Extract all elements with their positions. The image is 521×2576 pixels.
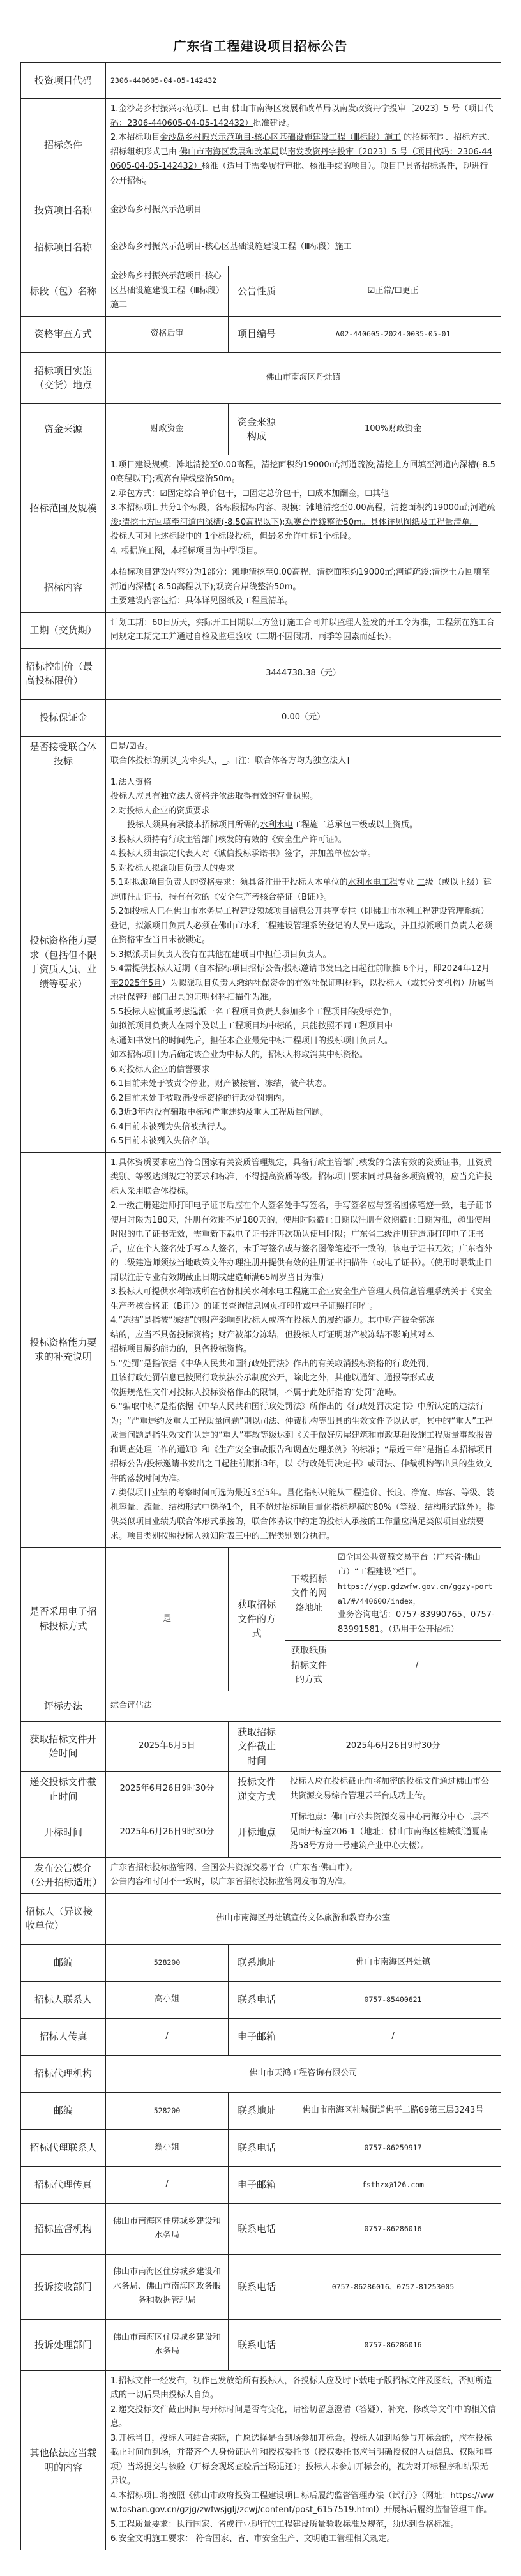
media-line-2: 公告内容和时间不一致时，以广东省招标投标监管网发布的为准。 [110, 1875, 496, 1890]
approving-authority: 佛山市南海区发展和改革局 [232, 104, 331, 114]
row-supervisor: 招标监督机构 佛山市南海区住房城乡建设和水务局 联系电话 0757-862860… [21, 2203, 501, 2254]
value-supplement: 1.具体资质要求应当符合国家有关资质管理规定，具备行政主管部门核发的合法有效的资… [106, 1152, 501, 1548]
value-agency-postcode: 528200 [106, 2092, 229, 2129]
text: 3.本招标项目共分1个标段，各标段招标内容、规模： [110, 503, 306, 513]
label-scope: 招标范围及规模 [21, 455, 106, 562]
label-opening-time: 开标时间 [21, 1807, 106, 1858]
value-qualification: 资格后审 [106, 316, 229, 352]
supplement-paragraph: 2.一级注册建造师打印电子证书后应在个人签名处手写签名，手写签名应与签名图像笔迹… [110, 1199, 496, 1285]
row-conditions: 招标条件 1.金沙岛乡村振兴示范项目 已由 佛山市南海区发展和改革局以南发改资丹… [21, 99, 501, 192]
value-funding: 财政资金 [106, 403, 229, 455]
label-agency-contact: 招标代理联系人 [21, 2129, 106, 2166]
row-obtain-time: 获取招标文件开始时间 2025年6月5日 获取招标文件截止时间 2025年6月2… [21, 1721, 501, 1772]
label-evaluation: 评标办法 [21, 1691, 106, 1721]
text: 已由 [209, 104, 231, 114]
value-investment-code: 2306-440605-04-05-142432 [106, 63, 501, 99]
req-line: 2.对投标人企业的资质要求 [110, 804, 496, 819]
label-paper-method: 获取纸质招标文件的方式 [285, 1641, 333, 1691]
supplement-paragraph: 4.“冻结”是指被“冻结”的财产影响到投标人或潜在投标人的履约能力。其中财产被全… [110, 1314, 496, 1357]
value-agency-fax: / [106, 2166, 229, 2203]
other-paragraph: 4.本招标项目将按照《佛山市政府投资工程建设项目标后履约监督管理办法（试行）》（… [110, 2489, 496, 2518]
row-requirements: 投标资格能力要求（包括但不限于资质人员、业绩等要求） 1.法人资格 投标人应具有… [21, 772, 501, 1152]
label-agency-email: 电子邮箱 [229, 2166, 285, 2203]
req-line: 5.3拟派项目负责人没有在其他在建项目中担任项目负责人。 [110, 948, 496, 963]
label-contact: 招标人联系人 [21, 1981, 106, 2018]
value-complaint-receive: 佛山市南海区住房城乡建设和水务局、佛山市南海区政务服务和数据管理局 [106, 2254, 229, 2319]
label-notice-nature: 公告性质 [229, 266, 285, 317]
req-line: 1.法人资格 [110, 776, 496, 790]
label-submit-method: 投标文件递交方式 [229, 1772, 285, 1807]
req-line: 6.1目前未处于被责令停业，财产被接管、冻结，破产状态。 [110, 1077, 496, 1092]
row-tenderer-postcode: 邮编 528200 联系地址 佛山市南海区丹灶镇 [21, 1944, 501, 1981]
row-complaint-receive: 投诉接收部门 佛山市南海区住房城乡建设和水务局、佛山市南海区政务服务和数据管理局… [21, 2254, 501, 2319]
text: 5.1对拟派项目负责人的资格要求：须具备注册于投标人本单位的 [110, 878, 348, 887]
label-agency-postcode: 邮编 [21, 2092, 106, 2129]
value-requirements: 1.法人资格 投标人应具有独立法人资格并依法取得有效的营业执照。 2.对投标人企… [106, 772, 501, 1152]
supplement-paragraph: 1.具体资质要求应当符合国家有关资质管理规定，具备行政主管部门核发的合法有效的资… [110, 1156, 496, 1200]
label-obtain-start: 获取招标文件开始时间 [21, 1721, 106, 1772]
text: 专业 [398, 878, 417, 887]
label-address: 联系地址 [229, 1944, 285, 1981]
value-project-number: A02-440605-2024-0035-05-01 [285, 316, 501, 352]
req-qualification: 投标人须具有承接本招标项目所需的水利水电工程施工总承包三级或以上资质。 [110, 818, 496, 833]
value-section: 金沙岛乡村振兴示范项目-核心区基础设施建设工程（Ⅲ标段）施工 [106, 266, 229, 317]
label-agency-address: 联系地址 [229, 2092, 285, 2129]
row-agency-fax: 招标代理传真 / 电子邮箱 fsthzx@126.com [21, 2166, 501, 2203]
scope-line-2: 2.承包方式：☑固定综合单价包干，☐固定总价包干，☐成本加酬金，☐其他 [110, 487, 496, 502]
row-electronic: 是否采用电子招标投标方式 是 获取招标文件的方式 下载招标文件的网络地址 ☑全国… [21, 1548, 501, 1641]
project-name-underlined: 金沙岛乡村振兴示范项目 [118, 104, 209, 114]
label-media: 发布公告媒介（公开招标适用） [21, 1857, 106, 1893]
text: 日历天，实际开工日期以三方签订施工合同并以监理人签发的开工令为准，工程须在施工合… [110, 618, 495, 642]
value-address: 佛山市南海区丹灶镇 [285, 1944, 501, 1981]
row-opening: 开标时间 2025年6月26日9时30分 开标地点 开标地点：佛山市公共资源交易… [21, 1807, 501, 1858]
text: 以 [331, 104, 340, 114]
text: 1. [110, 104, 118, 114]
value-phone: 0757-85400621 [285, 1981, 501, 2018]
value-download-address: ☑全国公共资源交易平台（广东省·佛山市）“工程建设”栏目。 https://yg… [333, 1548, 501, 1641]
value-agency-contact: 翁小姐 [106, 2129, 229, 2166]
duration-days: 60 [152, 618, 163, 628]
value-supervisor: 佛山市南海区住房城乡建设和水务局 [106, 2203, 229, 2254]
label-duration: 工期（交货期） [21, 612, 106, 648]
supplement-paragraph: 6.“骗取中标”是指依据《中华人民共和国行政处罚法》所作出的《行政处罚决定书》中… [110, 1400, 496, 1486]
label-complaint-handle: 投诉处理部门 [21, 2319, 106, 2370]
download-phone: 业务咨询电话：0757-83990765、0757-83991581。（适用于公… [338, 1608, 496, 1637]
value-funding-composition: 100%财政资金 [285, 403, 501, 455]
label-supplement: 投标资格能力要求的补充说明 [21, 1152, 106, 1548]
text: ）为拟派项目负责人缴纳社保资金的有效社保证明材料，以投标人（或其分支机构）所属当… [110, 979, 494, 1003]
row-funding: 资金来源 财政资金 资金来源构成 100%财政资金 [21, 403, 501, 455]
tender-name-underlined: 金沙岛乡村振兴示范项目-核心区基础设施建设工程（Ⅲ标段）施工 [160, 133, 401, 142]
text: 计划工期： [110, 618, 152, 628]
label-funding: 资金来源 [21, 403, 106, 455]
label-investment-code: 投资项目代码 [21, 63, 106, 99]
value-postcode: 528200 [106, 1944, 229, 1981]
top-divider [0, 0, 521, 11]
grade: 二 [417, 878, 425, 887]
value-evaluation: 综合评估法 [106, 1691, 501, 1721]
req-line: 6.5目前未被列入失信名单。 [110, 1134, 496, 1149]
label-agency-phone: 联系电话 [229, 2129, 285, 2166]
row-bid-bond: 投标保证金 0.00（元） [21, 699, 501, 736]
condition-line-2: 2.本招标项目金沙岛乡村振兴示范项目-核心区基础设施建设工程（Ⅲ标段）施工 的招… [110, 131, 496, 188]
value-obtain-start: 2025年6月5日 [106, 1721, 229, 1772]
value-tender-name: 金沙岛乡村振兴示范项目-核心区基础设施建设工程（Ⅲ标段）施工 [106, 229, 501, 266]
tender-notice-table: 投资项目代码 2306-440605-04-05-142432 招标条件 1.金… [20, 62, 501, 2550]
label-supervisor-phone: 联系电话 [229, 2203, 285, 2254]
row-agency-postcode: 邮编 528200 联系地址 佛山市南海区桂城街道佛平二路69第三层3243号 [21, 2092, 501, 2129]
value-agency-email-link[interactable]: fsthzx@126.com [285, 2166, 501, 2203]
label-qualification: 资格审查方式 [21, 316, 106, 352]
other-paragraph: 5.工程质量要求：执行国家、省或行业现行的工程建设质量验收标准及规范，须达到合格… [110, 2518, 496, 2533]
bottom-spacer [0, 2550, 521, 2576]
scope-line-4: 投标人可对上述标段中的 1个标段投标，但最多允许中标1个标段。 [110, 530, 496, 545]
other-paragraph: 6.安全文明施工要求： 符合国家、省、市安全生产、文明施工管理相关规定。 [110, 2532, 496, 2547]
scope-line-3: 3.本招标项目共分1个标段，各标段招标内容、规模：滩地清挖至0.00高程，清挖面… [110, 501, 496, 530]
row-investment-name: 投资项目名称 金沙岛乡村振兴示范项目 [21, 192, 501, 229]
supplement-paragraph: 3.投标人可提供水利部或所在省份相关水利水电工程施工企业安全生产管理人员信息管理… [110, 1285, 496, 1314]
label-complaint-receive-phone: 联系电话 [229, 2254, 285, 2319]
value-opening-time: 2025年6月26日9时30分 [106, 1807, 229, 1858]
value-scope: 1.项目建设规模：滩地清挖至0.00高程，清挖面积约19000㎡;河道疏浚;清挖… [106, 455, 501, 562]
label-supervisor: 招标监督机构 [21, 2203, 106, 2254]
label-project-number: 项目编号 [229, 316, 285, 352]
label-submit-deadline: 递交投标文件截止时间 [21, 1772, 106, 1807]
scope-line-5: 4. 根据施工图，本招标项目为中型项目。 [110, 545, 496, 559]
value-complaint-handle-phone: 0757-86286016 [285, 2319, 501, 2370]
value-submit-method: 投标人应在投标截止前将加密的投标文件通过佛山市公共资源交易综合管理云平台成功上传… [285, 1772, 501, 1807]
row-other: 其他依法应当载明的内容 1.招标文件一经发布，视作已发放给所有投标人，各投标人应… [21, 2370, 501, 2550]
download-url-link[interactable]: https://ygp.gdzwfw.gov.cn/ggzy-portal/#/… [338, 1579, 496, 1608]
label-phone: 联系电话 [229, 1981, 285, 2018]
row-location: 招标项目实施（交货）地点 佛山市南海区丹灶镇 [21, 352, 501, 403]
value-electronic: 是 [106, 1548, 229, 1691]
row-complaint-handle: 投诉处理部门 佛山市南海区住房城乡建设和水务局 联系电话 0757-862860… [21, 2319, 501, 2370]
value-agency-address: 佛山市南海区桂城街道佛平二路69第三层3243号 [285, 2092, 501, 2129]
req-5-4: 5.4需提供投标人近期（自本招标项目招标公告/投标邀请书发出之日起往前顺推 6个… [110, 962, 496, 1006]
value-notice-nature: ☑正常/☐更正 [285, 266, 501, 317]
consortium-note: 联合体投标的须以_为牵头人，_。[注：联合体各方均为独立法人] [110, 754, 496, 769]
scope-line-1: 1.项目建设规模：滩地清挖至0.00高程，清挖面积约19000㎡;河道疏浚;清挖… [110, 458, 496, 487]
req-line: 6.对投标人企业的信誉要求 [110, 1063, 496, 1078]
value-conditions: 1.金沙岛乡村振兴示范项目 已由 佛山市南海区发展和改革局以南发改资丹字投审〔2… [106, 99, 501, 192]
value-media: 广东省招标投标监管网、全国公共资源交易平台（广东省·佛山市）。 公告内容和时间不… [106, 1857, 501, 1893]
value-consortium: ☐是/☑否。 联合体投标的须以_为牵头人，_。[注：联合体各方均为独立法人] [106, 736, 501, 772]
text: 5.4需提供投标人近期（自本招标项目招标公告/投标邀请书发出之日起往前顺推 [110, 964, 403, 974]
value-investment-name: 金沙岛乡村振兴示范项目 [106, 192, 501, 229]
value-duration: 计划工期：60日历天，实际开工日期以三方签订施工合同并以监理人签发的开工令为准，… [106, 612, 501, 648]
other-paragraph: 2.递交投标文件截止时间与开标时间是否有变化，请密切留意澄清（答疑）、补充、修改… [110, 2403, 496, 2432]
text: 个月，即 [408, 964, 441, 974]
label-consortium: 是否接受联合体投标 [21, 736, 106, 772]
row-agency: 招标代理机构 佛山市天鸿工程咨询有限公司 [21, 2055, 501, 2092]
row-qualification: 资格审查方式 资格后审 项目编号 A02-440605-2024-0035-05… [21, 316, 501, 352]
row-content: 招标内容 本招标项目建设内容分为1部分：滩地清挖至0.00高程，清挖面积约190… [21, 562, 501, 613]
req-line: 5.2如投标人已在佛山市水务局工程建设领域项目信息公开共享专栏（即佛山市水利工程… [110, 905, 496, 948]
row-submit: 递交投标文件截止时间 2025年6月26日9时30分 投标文件递交方式 投标人应… [21, 1772, 501, 1807]
label-complaint-receive: 投诉接收部门 [21, 2254, 106, 2319]
req-line: 6.3近3年内没有骗取中标和严重违约及重大工程质量问题。 [110, 1106, 496, 1120]
value-fax: / [106, 2018, 229, 2055]
label-fax: 招标人传真 [21, 2018, 106, 2055]
supplement-paragraph: 7.类似项目业绩的考察时间可选为最近3至5年。量化指标只能从工程造价、长度、净宽… [110, 1486, 496, 1544]
req-line: 4.投标人须由法定代表人对《诚信投标承诺书》签字，并加盖单位公章。 [110, 847, 496, 862]
condition-line-1: 1.金沙岛乡村振兴示范项目 已由 佛山市南海区发展和改革局以南发改资丹字投审〔2… [110, 102, 496, 131]
content-line-2: 主要建设内容包括：具体详见图纸及工程量清单。 [110, 594, 496, 609]
value-submit-deadline: 2025年6月26日9时30分 [106, 1772, 229, 1807]
label-agency: 招标代理机构 [21, 2055, 106, 2092]
req-line: 3.投标人须持有行政主管部门核发的有效的《安全生产许可证》。 [110, 833, 496, 848]
req-line: 投标人应具有独立法人资格并依法取得有效的营业执照。 [110, 790, 496, 804]
value-other: 1.招标文件一经发布，视作已发放给所有投标人，各投标人应及时下载电子版招标文件及… [106, 2370, 501, 2550]
supplement-paragraph: 5.“处罚”是指依据《中华人民共和国行政处罚法》作出的有关取消投标资格的行政处罚… [110, 1357, 496, 1401]
label-opening-place: 开标地点 [229, 1807, 285, 1858]
label-control-price: 招标控制价（最高投标限价） [21, 648, 106, 699]
approving-authority: 佛山市南海区发展和改革局 [179, 147, 279, 157]
label-investment-name: 投资项目名称 [21, 192, 106, 229]
label-section: 标段（包）名称 [21, 266, 106, 317]
value-location: 佛山市南海区丹灶镇 [106, 352, 501, 403]
text: 2.本招标项目 [110, 133, 160, 142]
label-obtain-method: 获取招标文件的方式 [229, 1548, 285, 1691]
label-bid-bond: 投标保证金 [21, 699, 106, 736]
value-paper-method: / [333, 1641, 501, 1691]
value-obtain-end: 2025年6月26日9时30分 [285, 1721, 501, 1772]
row-investment-code: 投资项目代码 2306-440605-04-05-142432 [21, 63, 501, 99]
row-evaluation: 评标办法 综合评估法 [21, 1691, 501, 1721]
label-content: 招标内容 [21, 562, 106, 613]
text: 工程施工总承包三级或以上资质。 [293, 820, 418, 830]
label-obtain-end: 获取招标文件截止时间 [229, 1721, 285, 1772]
req-line: 6.2目前未处于被取消投标资格的行政处罚期内。 [110, 1092, 496, 1106]
other-paragraph: 1.招标文件一经发布，视作已发放给所有投标人，各投标人应及时下载电子版招标文件及… [110, 2374, 496, 2403]
media-line-1: 广东省招标投标监管网、全国公共资源交易平台（广东省·佛山市）。 [110, 1861, 496, 1876]
content-line-1: 本招标项目建设内容分为1部分：滩地清挖至0.00高程，清挖面积约19000㎡;河… [110, 566, 496, 594]
page-title: 广东省工程建设项目招标公告 [0, 36, 521, 54]
row-agency-contact: 招标代理联系人 翁小姐 联系电话 0757-86259917 [21, 2129, 501, 2166]
row-control-price: 招标控制价（最高投标限价） 3444738.38（元） [21, 648, 501, 699]
label-tender-name: 招标项目名称 [21, 229, 106, 266]
label-requirements: 投标资格能力要求（包括但不限于资质人员、业绩等要求） [21, 772, 106, 1152]
label-electronic: 是否采用电子招标投标方式 [21, 1548, 106, 1691]
value-contact: 高小姐 [106, 1981, 229, 2018]
row-tenderer-fax: 招标人传真 / 电子邮箱 / [21, 2018, 501, 2055]
label-email: 电子邮箱 [229, 2018, 285, 2055]
value-control-price: 3444738.38（元） [106, 648, 501, 699]
label-complaint-handle-phone: 联系电话 [229, 2319, 285, 2370]
value-opening-place: 开标地点：佛山市公共资源交易中心南海分中心二层不见面开标室206-1（地址：佛山… [285, 1807, 501, 1858]
download-platform: ☑全国公共资源交易平台（广东省·佛山市）“工程建设”栏目。 [338, 1551, 496, 1579]
value-supervisor-phone: 0757-86286016 [285, 2203, 501, 2254]
row-section: 标段（包）名称 金沙岛乡村振兴示范项目-核心区基础设施建设工程（Ⅲ标段）施工 公… [21, 266, 501, 317]
row-supplement: 投标资格能力要求的补充说明 1.具体资质要求应当符合国家有关资质管理规定，具备行… [21, 1152, 501, 1548]
text: 批准建设。 [253, 119, 294, 128]
qualification-type: 水利水电 [260, 820, 293, 830]
row-tenderer-contact: 招标人联系人 高小姐 联系电话 0757-85400621 [21, 1981, 501, 2018]
value-bid-bond: 0.00（元） [106, 699, 501, 736]
value-tenderer: 佛山市南海区丹灶镇宣传文体旅游和教育办公室 [106, 1893, 501, 1944]
row-duration: 工期（交货期） 计划工期：60日历天，实际开工日期以三方签订施工合同并以监理人签… [21, 612, 501, 648]
other-paragraph: 3.开标当日，投标人可结合实际，自愿选择是否到场参加开标会。投标人如到场参与开标… [110, 2432, 496, 2489]
row-tenderer: 招标人（异议接收单位） 佛山市南海区丹灶镇宣传文体旅游和教育办公室 [21, 1893, 501, 1944]
value-content: 本招标项目建设内容分为1部分：滩地清挖至0.00高程，清挖面积约19000㎡;河… [106, 562, 501, 613]
specialty: 水利水电工程 [348, 878, 398, 887]
req-line: 5.5投标人应慎重考虑选派一名工程项目负责人参加多个工程项目的投标竞争，如拟派项… [110, 1006, 496, 1063]
label-postcode: 邮编 [21, 1944, 106, 1981]
label-conditions: 招标条件 [21, 99, 106, 192]
row-consortium: 是否接受联合体投标 ☐是/☑否。 联合体投标的须以_为牵头人，_。[注：联合体各… [21, 736, 501, 772]
req-line: 6.4目前未被列为失信被执行人。 [110, 1120, 496, 1135]
label-location: 招标项目实施（交货）地点 [21, 352, 106, 403]
text: 投标人须具有承接本招标项目所需的 [127, 820, 260, 830]
value-email: / [285, 2018, 501, 2055]
value-agency-phone: 0757-86259917 [285, 2129, 501, 2166]
req-5-1: 5.1对拟派项目负责人的资格要求：须具备注册于投标人本单位的水利水电工程专业 二… [110, 876, 496, 905]
label-agency-fax: 招标代理传真 [21, 2166, 106, 2203]
consortium-choice: ☐是/☑否。 [110, 740, 496, 755]
label-download-address: 下载招标文件的网络地址 [285, 1548, 333, 1641]
label-tenderer: 招标人（异议接收单位） [21, 1893, 106, 1944]
row-media: 发布公告媒介（公开招标适用） 广东省招标投标监管网、全国公共资源交易平台（广东省… [21, 1857, 501, 1893]
text: 以 [279, 147, 287, 157]
label-funding-composition: 资金来源构成 [229, 403, 285, 455]
value-complaint-handle: 佛山市南海区住房城乡建设和水务局 [106, 2319, 229, 2370]
row-tender-name: 招标项目名称 金沙岛乡村振兴示范项目-核心区基础设施建设工程（Ⅲ标段）施工 [21, 229, 501, 266]
row-scope: 招标范围及规模 1.项目建设规模：滩地清挖至0.00高程，清挖面积约19000㎡… [21, 455, 501, 562]
value-agency: 佛山市天鸿工程咨询有限公司 [106, 2055, 501, 2092]
label-other: 其他依法应当载明的内容 [21, 2370, 106, 2550]
value-complaint-receive-phone: 0757-86286016、0757-81253005 [285, 2254, 501, 2319]
req-line: 5.对投标人拟派项目负责人的要求 [110, 862, 496, 877]
